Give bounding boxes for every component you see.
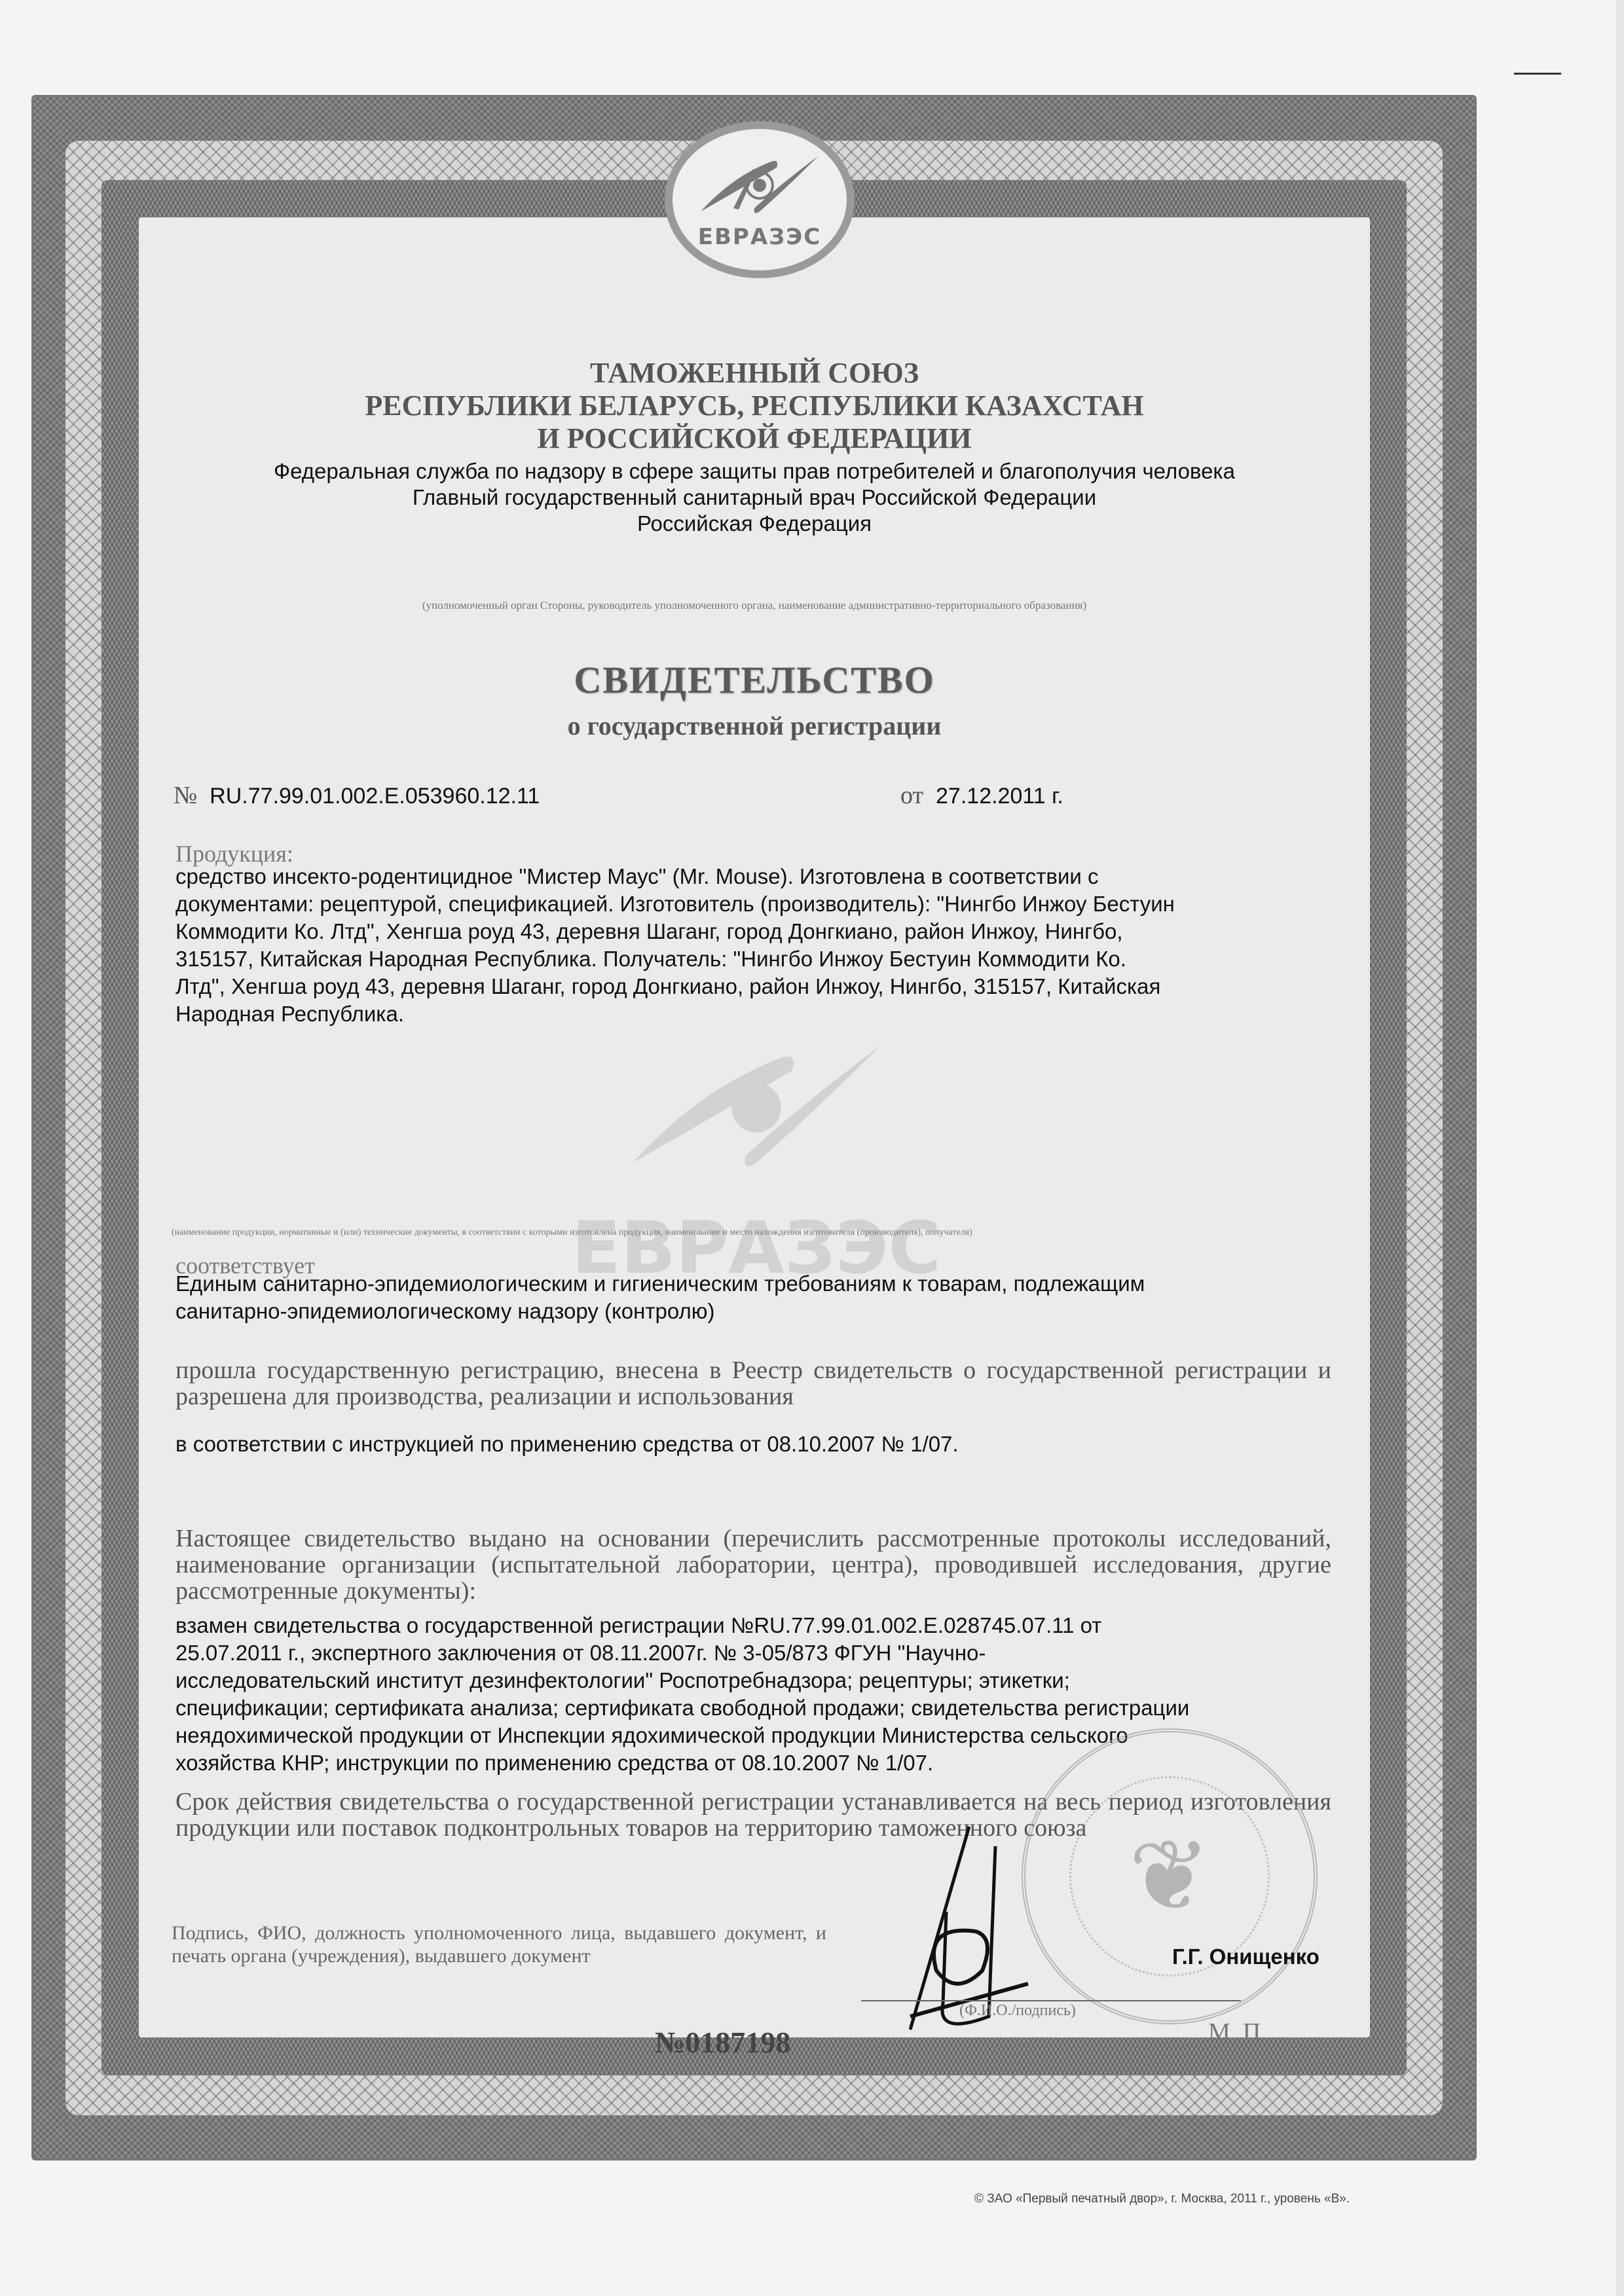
product-line: Коммодити Ко. Лтд", Хенгша роуд 43, дере…: [175, 918, 1354, 945]
basis-intro: Настоящее свидетельство выдано на основа…: [175, 1525, 1331, 1604]
union-line-2: РЕСПУБЛИКИ БЕЛАРУСЬ, РЕСПУБЛИКИ КАЗАХСТА…: [139, 390, 1370, 422]
basis-line: взамен свидетельства о государственной р…: [175, 1612, 1367, 1639]
signature-line-caption: (Ф.И.О./подпись): [959, 2002, 1076, 2020]
eurasec-emblem-icon: [694, 149, 825, 221]
customs-union-heading: ТАМОЖЕННЫЙ СОЮЗ РЕСПУБЛИКИ БЕЛАРУСЬ, РЕС…: [139, 357, 1370, 455]
form-number: №0187198: [655, 2025, 790, 2060]
authority-line-2: Главный государственный санитарный врач …: [139, 484, 1370, 511]
date-prefix: от: [900, 782, 923, 809]
scan-mark: [1514, 73, 1561, 75]
eurasec-logo: ЕВРАЗЭС: [665, 121, 855, 278]
registration-usage: в соответствии с инструкцией по применен…: [175, 1430, 959, 1458]
authority-line-3: Российская Федерация: [139, 511, 1370, 537]
seal-place-label: М. П.: [1208, 2018, 1267, 2047]
registration-date: от 27.12.2011 г.: [900, 781, 1063, 810]
number-prefix: №: [174, 782, 197, 809]
authority-caption: (уполномоченный орган Стороны, руководит…: [139, 599, 1370, 612]
product-caption: (наименование продукции, нормативные и (…: [172, 1228, 1337, 1238]
printer-imprint: © ЗАО «Первый печатный двор», г. Москва,…: [974, 2192, 1350, 2206]
union-line-1: ТАМОЖЕННЫЙ СОЮЗ: [139, 357, 1370, 390]
signatory-name: Г.Г. Онищенко: [1172, 1944, 1319, 1969]
product-line: 315157, Китайская Народная Республика. П…: [175, 945, 1354, 973]
compliance-text: Единым санитарно-эпидемиологическим и ги…: [175, 1270, 1354, 1325]
registration-number: № RU.77.99.01.002.E.053960.12.11: [174, 781, 540, 810]
date-value: 27.12.2011 г.: [936, 784, 1063, 809]
basis-line: исследовательский институт дезинфектолог…: [175, 1667, 1367, 1694]
registration-statement: прошла государственную регистрацию, внес…: [175, 1357, 1331, 1410]
union-line-3: И РОССИЙСКОЙ ФЕДЕРАЦИИ: [139, 422, 1370, 455]
basis-line: спецификации; сертификата анализа; серти…: [175, 1694, 1367, 1722]
official-seal: ❦: [1022, 1728, 1318, 2024]
authority-block: Федеральная служба по надзору в сфере за…: [139, 458, 1370, 537]
authority-line-1: Федеральная служба по надзору в сфере за…: [139, 458, 1370, 484]
product-line: Народная Республика.: [175, 1000, 1354, 1028]
product-line: документами: рецептурой, спецификацией. …: [175, 890, 1354, 918]
compliance-line: санитарно-эпидемиологическому надзору (к…: [175, 1298, 1354, 1325]
product-description: средство инсекто-родентицидное "Мистер М…: [175, 863, 1354, 1028]
scan-edge: [1616, 0, 1624, 2296]
document-subtitle: о государственной регистрации: [139, 710, 1370, 741]
product-line: средство инсекто-родентицидное "Мистер М…: [175, 863, 1354, 890]
logo-text: ЕВРАЗЭС: [698, 224, 821, 250]
signature-line: [861, 2000, 1241, 2001]
signature-caption: Подпись, ФИО, должность уполномоченного …: [172, 1922, 826, 1967]
document-title: СВИДЕТЕЛЬСТВО: [139, 658, 1370, 702]
number-value: RU.77.99.01.002.E.053960.12.11: [210, 784, 540, 809]
basis-line: 25.07.2011 г., экспертного заключения от…: [175, 1639, 1367, 1667]
product-line: Лтд", Хенгша роуд 43, деревня Шаганг, го…: [175, 973, 1354, 1000]
compliance-line: Единым санитарно-эпидемиологическим и ги…: [175, 1270, 1354, 1298]
